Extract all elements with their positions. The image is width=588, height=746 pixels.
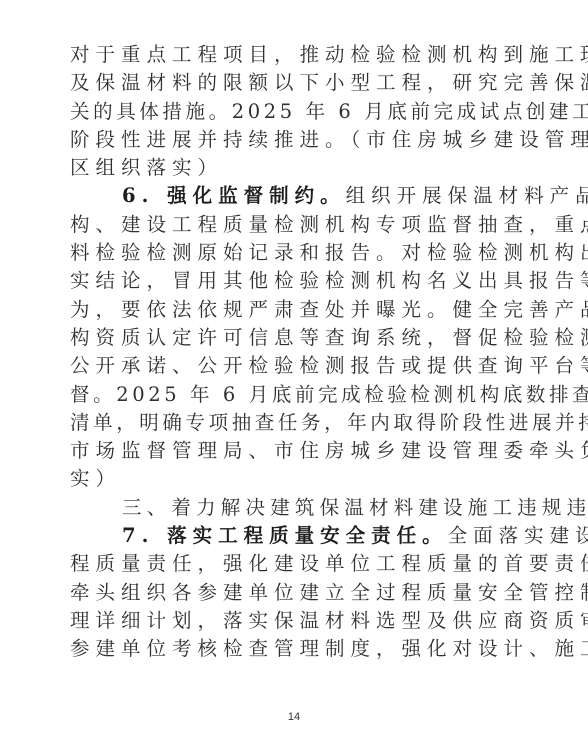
page-number: 14: [0, 711, 588, 723]
text-line: 牵头组织各参建单位建立全过程质量安全管控制度，制定质量管: [70, 579, 520, 607]
text-line: 对于重点工程项目，推动检验检测机构到施工现场取样。针对涉: [70, 41, 520, 69]
text-line: 为，要依法依规严肃查处并曝光。健全完善产品质量检验检测机: [70, 296, 520, 324]
text-line: 阶段性进展并持续推进。（市住房城乡建设管理委牵头负责，各: [70, 126, 520, 154]
item-6-text: 组织开展保温材料产品质量检验检测机: [346, 184, 588, 207]
text-line: 理详细计划，落实保温材料选型及供应商资质审核等措施；健全: [70, 607, 520, 635]
text-line: 构资质认定许可信息等查询系统，督促检验检测机构通过向社会: [70, 324, 520, 352]
text-line: 程质量责任，强化建设单位工程质量的首要责任，督促建设单位: [70, 550, 520, 578]
text-line: 及保温材料的限额以下小型工程，研究完善保温材料质量进场把: [70, 69, 520, 97]
text-line: 市场监督管理局、市住房城乡建设管理委牵头负责，各区组织落: [70, 437, 520, 465]
text-line: 构、建设工程质量检测机构专项监督抽查，重点检查建筑保温材: [70, 211, 520, 239]
text-line: 实结论，冒用其他检验检测机构名义出具报告等严重违法违规行: [70, 267, 520, 295]
text-line: 区组织落实）: [70, 154, 520, 182]
text-line: 清单，明确专项抽查任务，年内取得阶段性进展并持续推进。（市: [70, 409, 520, 437]
item-7-line: 7. 落实工程质量安全责任。全面落实建设工程各方主体的工: [70, 522, 520, 550]
section-heading-3: 三、着力解决建筑保温材料建设施工违规违章问题: [70, 494, 520, 522]
text-line: 督。2025 年 6 月底前完成检验检测机构底数排查工作，建立底数: [70, 381, 520, 409]
text-line: 实）: [70, 465, 520, 493]
text-line: 关的具体措施。2025 年 6 月底前完成试点创建工作，年底前取得: [70, 98, 520, 126]
item-6-title: 6. 强化监督制约。: [122, 184, 346, 207]
item-6-line: 6. 强化监督制约。组织开展保温材料产品质量检验检测机: [70, 182, 520, 210]
document-page: 对于重点工程项目，推动检验检测机构到施工现场取样。针对涉 及保温材料的限额以下小…: [0, 0, 588, 746]
item-7-text: 全面落实建设工程各方主体的工: [448, 524, 588, 547]
text-line: 料检验检测原始记录和报告。对检验检测机构出具虚假报告、不: [70, 239, 520, 267]
item-7-title: 7. 落实工程质量安全责任。: [122, 524, 448, 547]
body-text: 对于重点工程项目，推动检验检测机构到施工现场取样。针对涉 及保温材料的限额以下小…: [70, 41, 520, 664]
text-line: 参建单位考核检查管理制度，强化对设计、施工、监理、检测单: [70, 635, 520, 663]
text-line: 公开承诺、公开检验检测报告或提供查询平台等方式接受社会监: [70, 352, 520, 380]
